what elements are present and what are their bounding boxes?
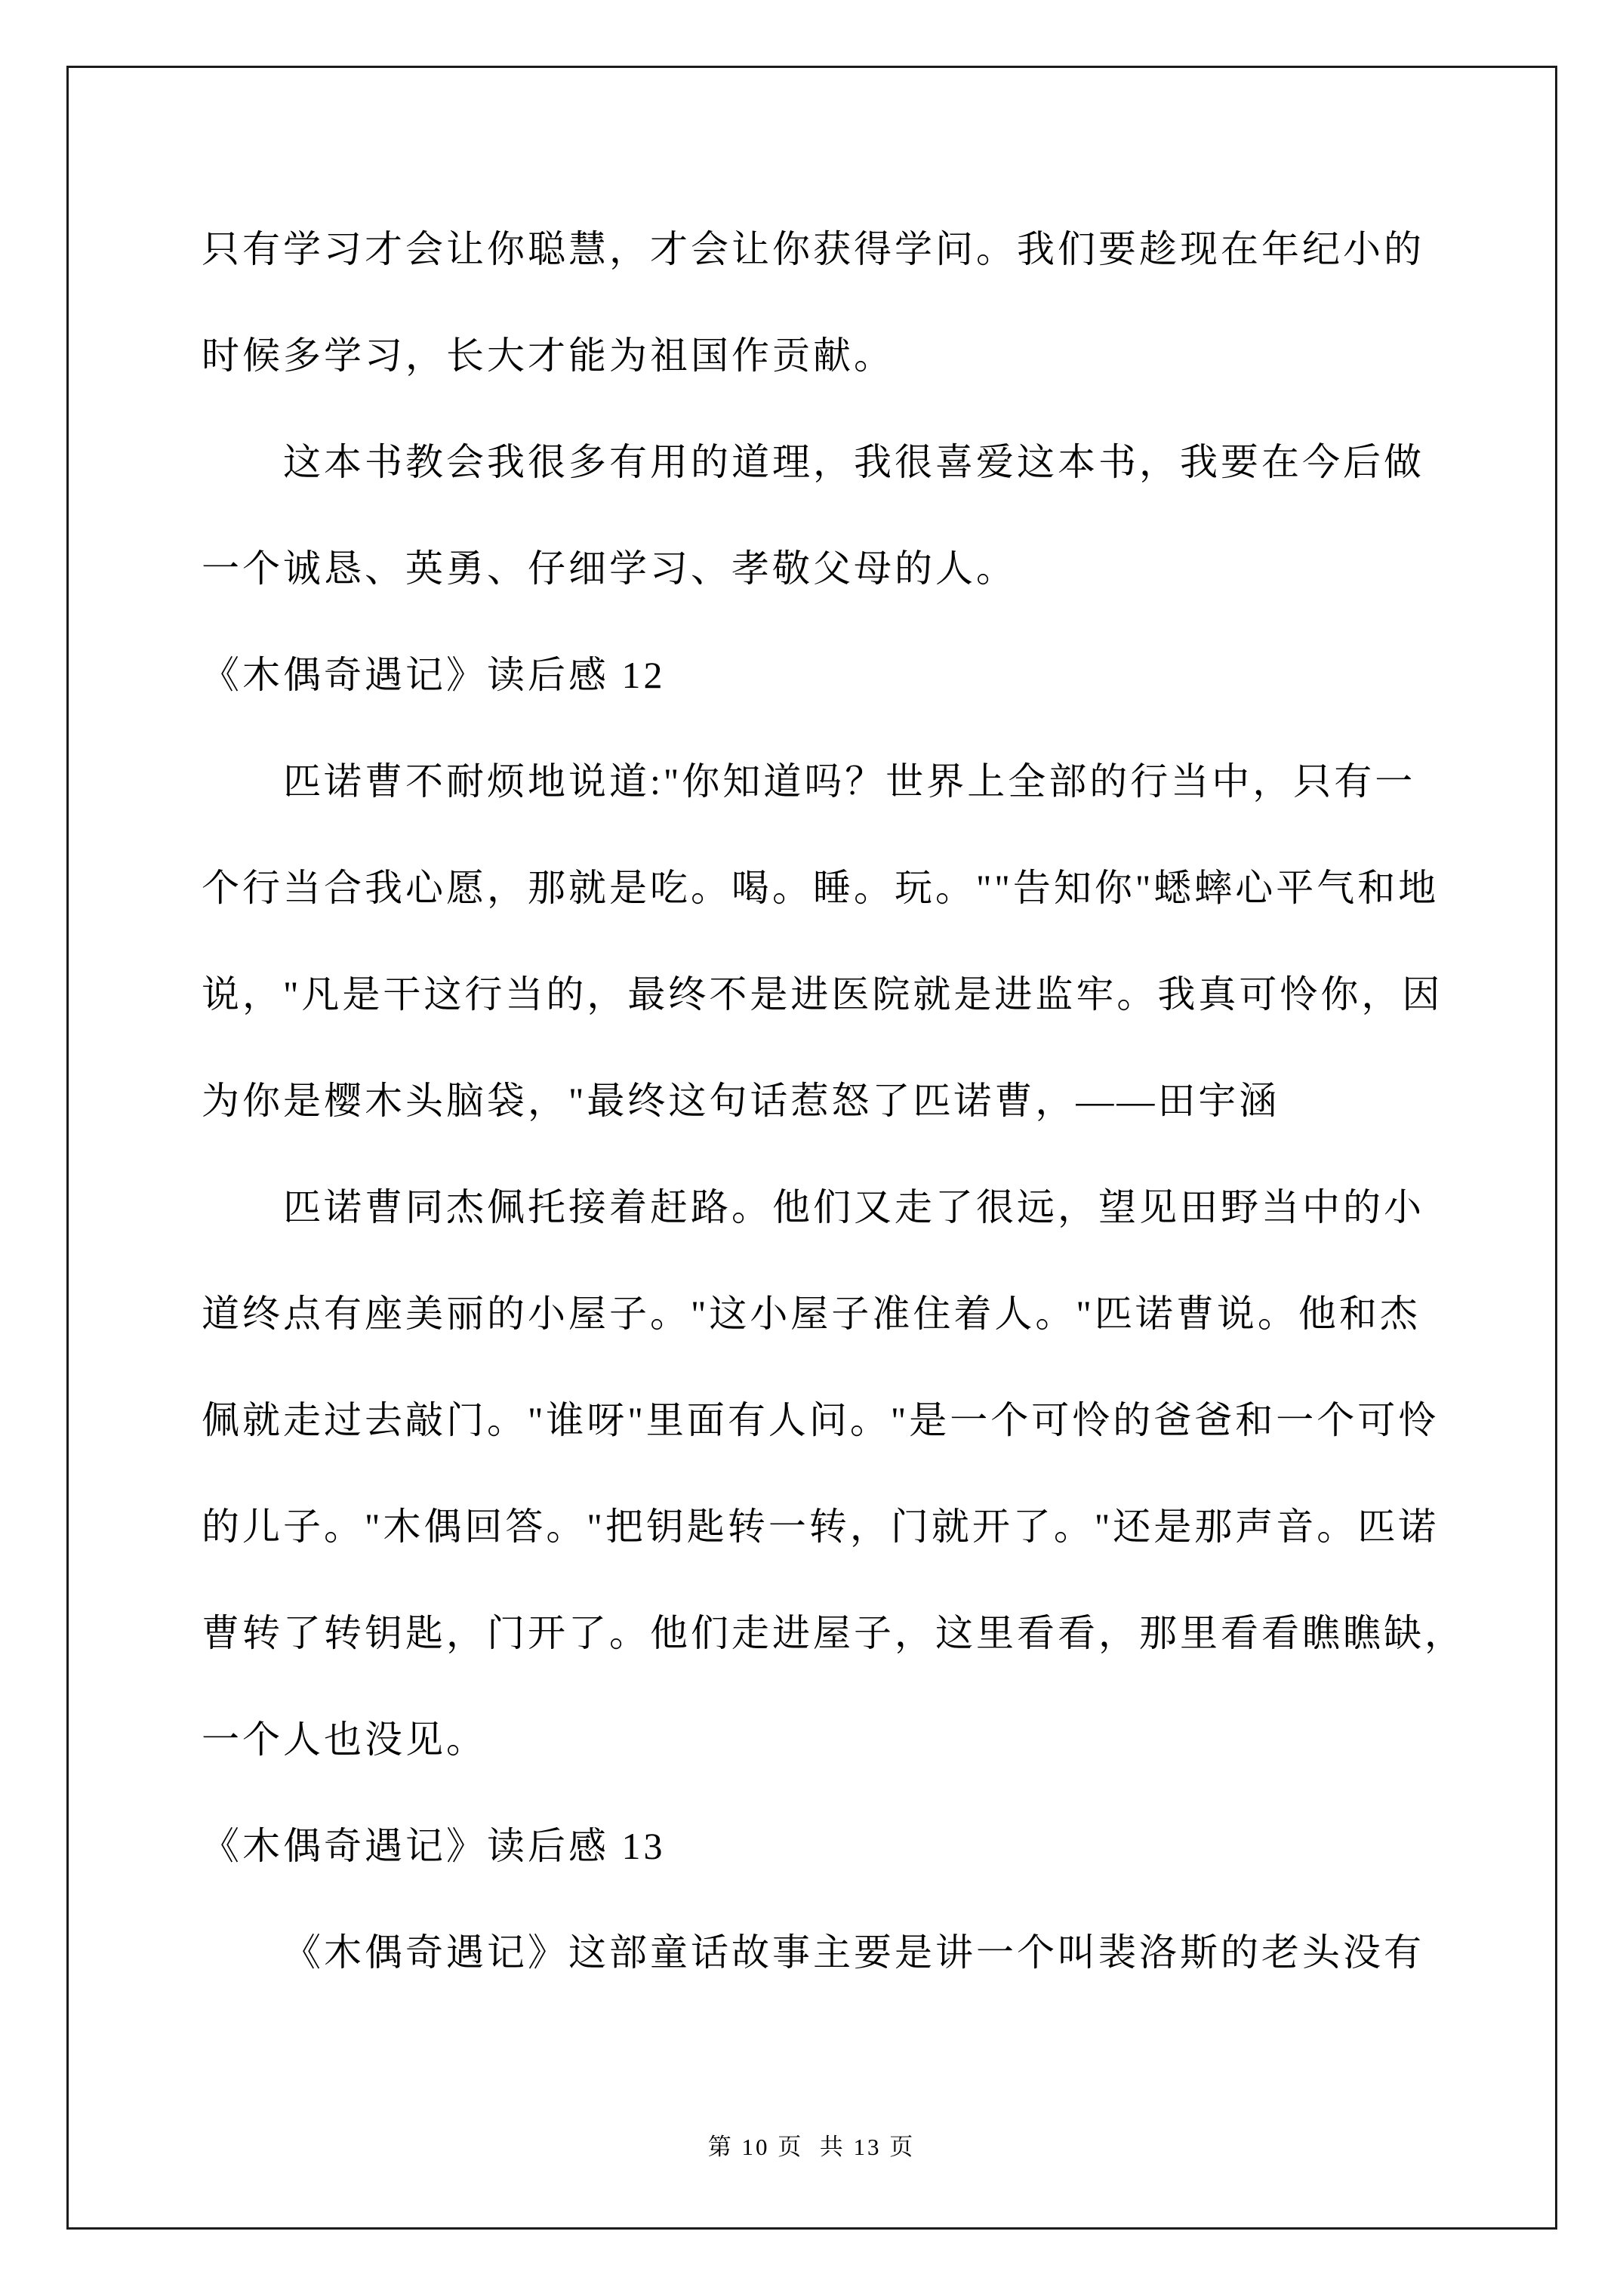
page-number-footer: 第 10 页 共 13 页	[0, 2128, 1623, 2162]
text-line: 的儿子。"木偶回答。"把钥匙转一转，门就开了。"还是那声音。匹诺	[202, 1474, 1500, 1580]
text-line: 曹转了转钥匙，门开了。他们走进屋子，这里看看，那里看看瞧瞧缺，	[202, 1580, 1500, 1687]
text-line: 《木偶奇遇记》这部童话故事主要是讲一个叫裴洛斯的老头没有	[202, 1900, 1500, 2006]
document-body: 只有学习才会让你聪慧，才会让你获得学问。我们要趁现在年纪小的 时候多学习，长大才…	[202, 196, 1500, 2006]
text-line: 个行当合我心愿，那就是吃。喝。睡。玩。""告知你"蟋蟀心平气和地	[202, 835, 1500, 942]
text-line: 时候多学习，长大才能为祖国作贡献。	[202, 303, 1500, 409]
text-line: 为你是樱木头脑袋，"最终这句话惹怒了匹诺曹，——田宇涵	[202, 1048, 1500, 1154]
section-heading: 《木偶奇遇记》读后感 13	[202, 1793, 1500, 1900]
text-line: 匹诺曹不耐烦地说道:"你知道吗？世界上全部的行当中，只有一	[202, 729, 1500, 835]
text-line: 一个人也没见。	[202, 1687, 1500, 1793]
section-heading: 《木偶奇遇记》读后感 12	[202, 622, 1500, 729]
text-line: 只有学习才会让你聪慧，才会让你获得学问。我们要趁现在年纪小的	[202, 196, 1500, 303]
document-page: { "doc": { "title_hint": "《木偶奇遇记》读后感 (读后…	[0, 0, 1623, 2296]
text-line: 佩就走过去敲门。"谁呀"里面有人问。"是一个可怜的爸爸和一个可怜	[202, 1367, 1500, 1474]
text-line: 道终点有座美丽的小屋子。"这小屋子准住着人。"匹诺曹说。他和杰	[202, 1261, 1500, 1367]
text-line: 这本书教会我很多有用的道理，我很喜爱这本书，我要在今后做	[202, 409, 1500, 516]
text-line: 说，"凡是干这行当的，最终不是进医院就是进监牢。我真可怜你，因	[202, 942, 1500, 1048]
text-line: 一个诚恳、英勇、仔细学习、孝敬父母的人。	[202, 516, 1500, 622]
text-line: 匹诺曹同杰佩托接着赶路。他们又走了很远，望见田野当中的小	[202, 1154, 1500, 1261]
